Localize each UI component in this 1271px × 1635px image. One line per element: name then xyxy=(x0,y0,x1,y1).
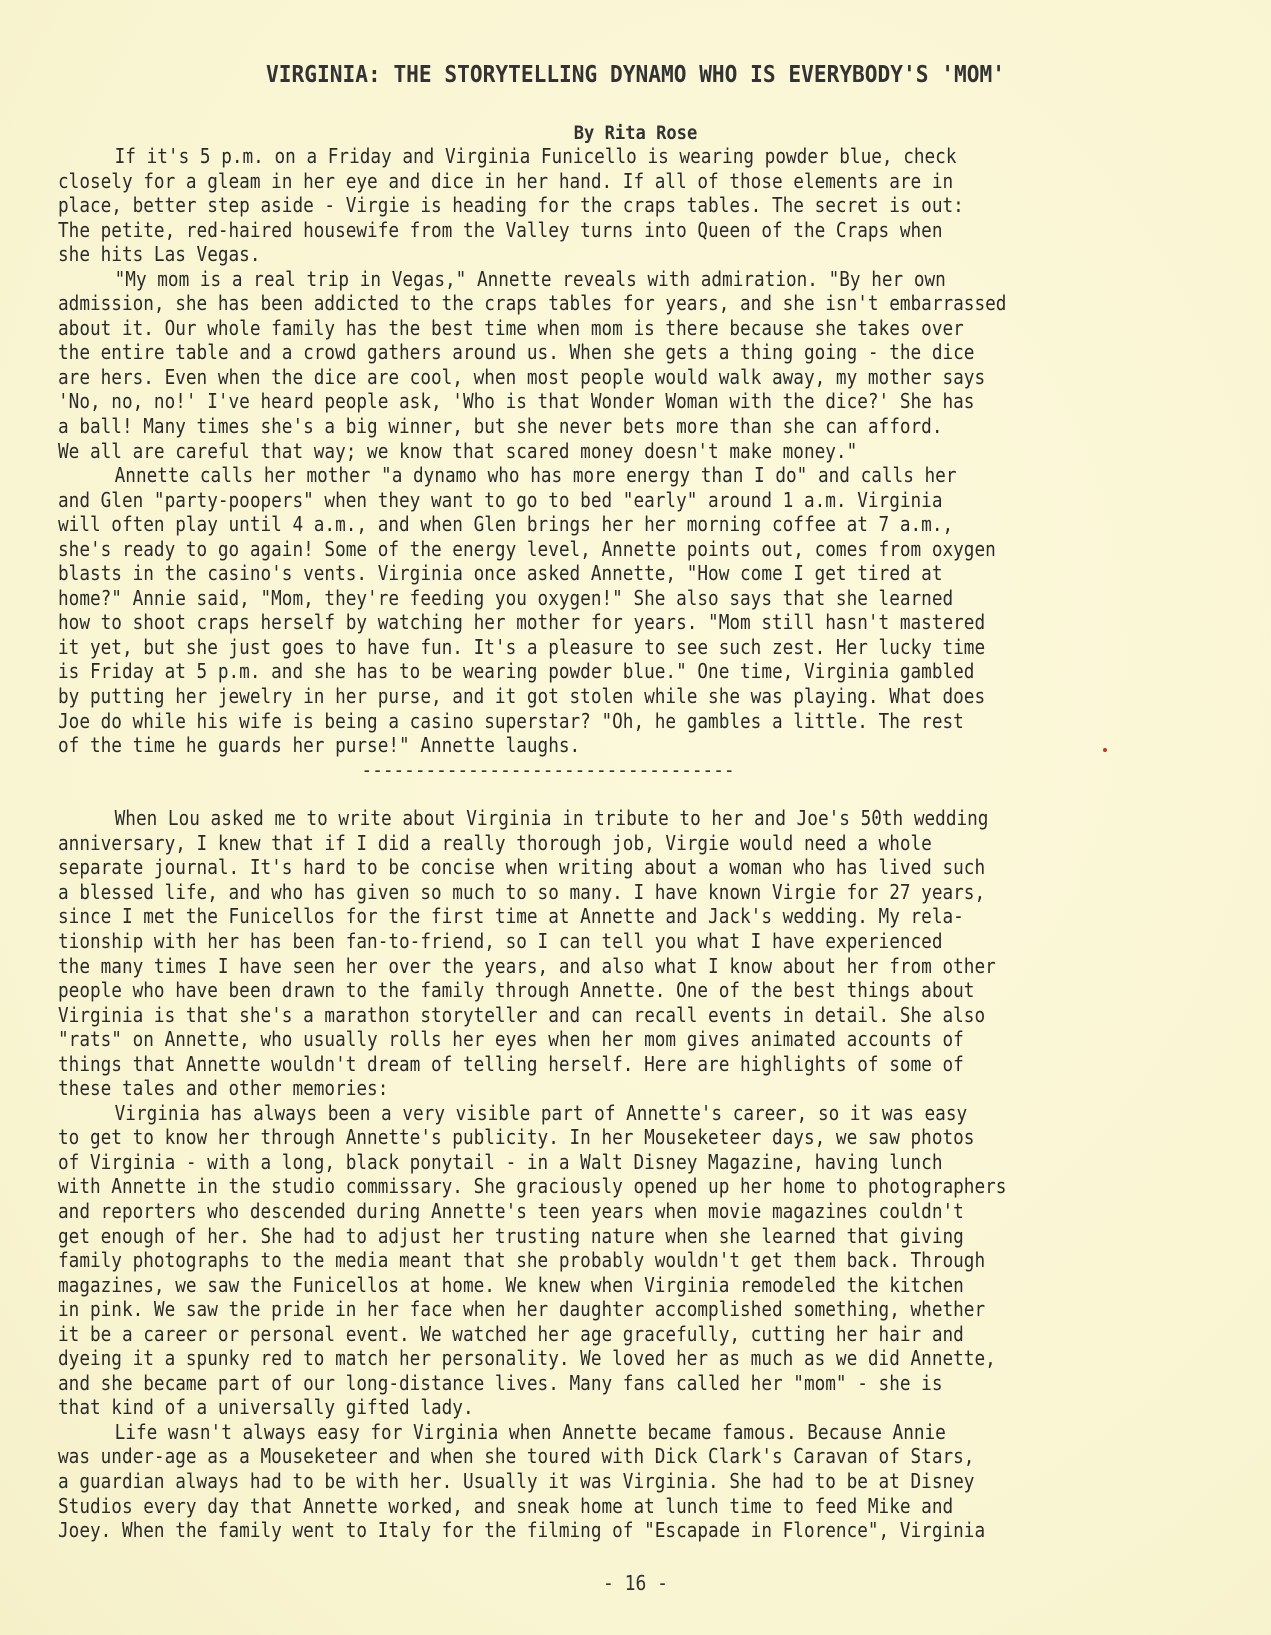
text-line: anniversary, I knew that if I did a real… xyxy=(58,831,1120,856)
text-line: and she became part of our long-distance… xyxy=(58,1371,1120,1396)
article-section-casino: If it's 5 p.m. on a Friday and Virginia … xyxy=(58,144,1258,758)
text-line: in pink. We saw the pride in her face wh… xyxy=(58,1297,1120,1322)
text-line: "rats" on Annette, who usually rolls her… xyxy=(58,1027,1120,1052)
text-line: it yet, but she just goes to have fun. I… xyxy=(58,635,1120,660)
text-line: 'No, no, no!' I've heard people ask, 'Wh… xyxy=(58,389,1120,414)
text-line: of Virginia - with a long, black ponytai… xyxy=(58,1150,1120,1175)
article-byline: By Rita Rose xyxy=(64,122,1208,144)
text-line: was under-age as a Mouseketeer and when … xyxy=(58,1444,1120,1469)
text-line: blasts in the casino's vents. Virginia o… xyxy=(58,561,1120,586)
text-line: about it. Our whole family has the best … xyxy=(58,316,1120,341)
text-line: by putting her jewelry in her purse, and… xyxy=(58,684,1120,709)
text-line: are hers. Even when the dice are cool, w… xyxy=(58,365,1120,390)
document-page: VIRGINIA: THE STORYTELLING DYNAMO WHO IS… xyxy=(0,0,1271,1635)
text-line: these tales and other memories: xyxy=(58,1076,1120,1101)
text-line: and Glen "party-poopers" when they want … xyxy=(58,488,1120,513)
text-line: Joey. When the family went to Italy for … xyxy=(58,1518,1120,1543)
text-line: a guardian always had to be with her. Us… xyxy=(58,1469,1120,1494)
text-line: place, better step aside - Virgie is hea… xyxy=(58,193,1120,218)
text-line: If it's 5 p.m. on a Friday and Virginia … xyxy=(58,144,1120,169)
text-line: admission, she has been addicted to the … xyxy=(58,291,1120,316)
text-line: and reporters who descended during Annet… xyxy=(58,1199,1120,1224)
text-line: separate journal. It's hard to be concis… xyxy=(58,855,1120,880)
text-line: the entire table and a crowd gathers aro… xyxy=(58,340,1120,365)
text-line: The petite, red-haired housewife from th… xyxy=(58,218,1120,243)
text-line: to get to know her through Annette's pub… xyxy=(58,1125,1120,1150)
text-line: will often play until 4 a.m., and when G… xyxy=(58,512,1120,537)
text-line: with Annette in the studio commissary. S… xyxy=(58,1174,1120,1199)
article-body: If it's 5 p.m. on a Friday and Virginia … xyxy=(58,144,1258,1543)
text-line: that kind of a universally gifted lady. xyxy=(58,1395,1120,1420)
text-line: dyeing it a spunky red to match her pers… xyxy=(58,1346,1120,1371)
article-section-tribute: When Lou asked me to write about Virgini… xyxy=(58,806,1258,1542)
text-line: Virginia is that she's a marathon storyt… xyxy=(58,1003,1120,1028)
text-line: closely for a gleam in her eye and dice … xyxy=(58,169,1120,194)
red-ink-speck xyxy=(1103,748,1107,752)
text-line: Studios every day that Annette worked, a… xyxy=(58,1494,1120,1519)
text-line: tionship with her has been fan-to-friend… xyxy=(58,929,1120,954)
text-line: of the time he guards her purse!" Annett… xyxy=(58,733,1120,758)
text-line: magazines, we saw the Funicellos at home… xyxy=(58,1273,1120,1298)
section-divider: ----------------------------------- xyxy=(58,758,1120,783)
text-line: she hits Las Vegas. xyxy=(58,242,1120,267)
text-line: the many times I have seen her over the … xyxy=(58,954,1120,979)
page-number: - 16 - xyxy=(64,1571,1208,1595)
text-line: When Lou asked me to write about Virgini… xyxy=(58,806,1120,831)
divider-spacer xyxy=(58,782,1258,806)
text-line: get enough of her. She had to adjust her… xyxy=(58,1224,1120,1249)
text-line: she's ready to go again! Some of the ene… xyxy=(58,537,1120,562)
article-title: VIRGINIA: THE STORYTELLING DYNAMO WHO IS… xyxy=(51,62,1220,88)
text-line: it be a career or personal event. We wat… xyxy=(58,1322,1120,1347)
text-line: Virginia has always been a very visible … xyxy=(58,1101,1120,1126)
text-line: We all are careful that way; we know tha… xyxy=(58,439,1120,464)
text-line: "My mom is a real trip in Vegas," Annett… xyxy=(58,267,1120,292)
text-line: Life wasn't always easy for Virginia whe… xyxy=(58,1420,1120,1445)
text-line: Joe do while his wife is being a casino … xyxy=(58,709,1120,734)
text-line: how to shoot craps herself by watching h… xyxy=(58,610,1120,635)
text-line: things that Annette wouldn't dream of te… xyxy=(58,1052,1120,1077)
text-line: a ball! Many times she's a big winner, b… xyxy=(58,414,1120,439)
text-line: is Friday at 5 p.m. and she has to be we… xyxy=(58,659,1120,684)
text-line: Annette calls her mother "a dynamo who h… xyxy=(58,463,1120,488)
text-line: home?" Annie said, "Mom, they're feeding… xyxy=(58,586,1120,611)
text-line: people who have been drawn to the family… xyxy=(58,978,1120,1003)
text-line: a blessed life, and who has given so muc… xyxy=(58,880,1120,905)
text-line: since I met the Funicellos for the first… xyxy=(58,904,1120,929)
text-line: family photographs to the media meant th… xyxy=(58,1248,1120,1273)
